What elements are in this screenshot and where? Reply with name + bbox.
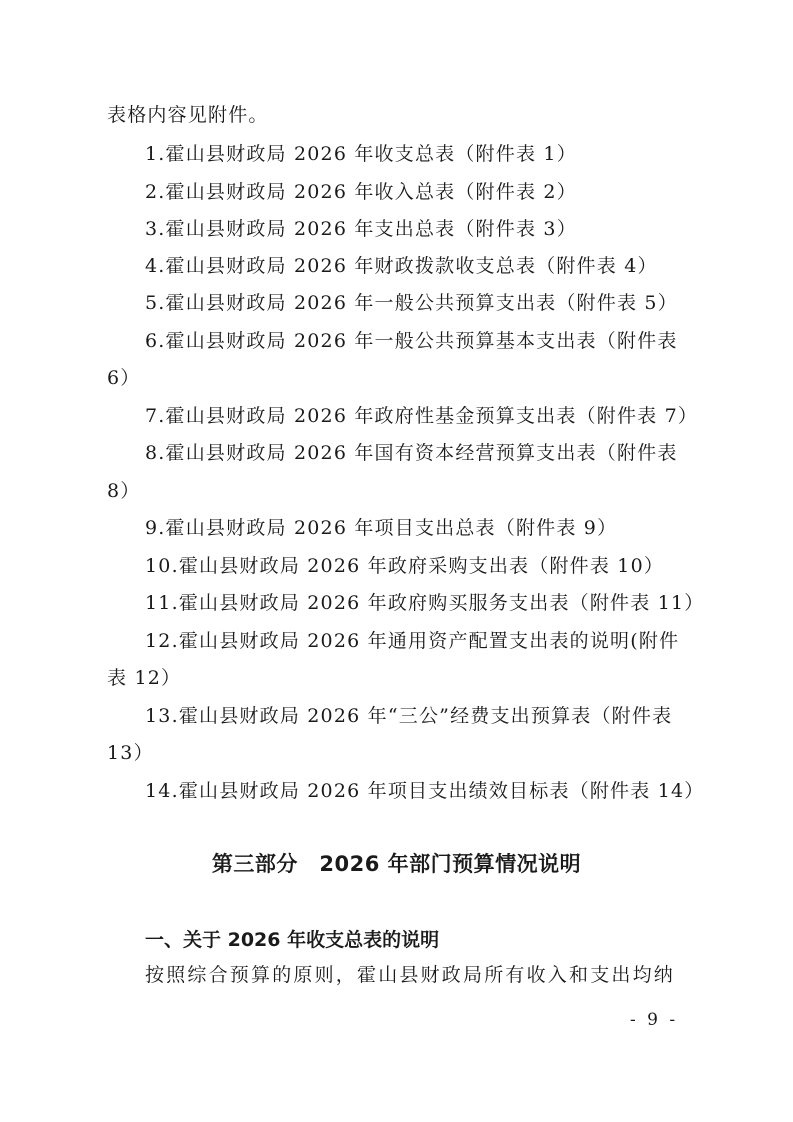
attachment-item-1: 1.霍山县财政局 2026 年收支总表（附件表 1） [145, 142, 577, 166]
document-page: 表格内容见附件。 1.霍山县财政局 2026 年收支总表（附件表 1） 2.霍山… [0, 0, 793, 1122]
section-title: 第三部分 2026 年部门预算情况说明 [0, 848, 793, 878]
attachment-item-5: 5.霍山县财政局 2026 年一般公共预算支出表（附件表 5） [145, 291, 678, 315]
attachment-item-11: 11.霍山县财政局 2026 年政府购买服务支出表（附件表 11） [145, 591, 704, 615]
attachment-item-13: 13.霍山县财政局 2026 年“三公”经费支出预算表（附件表 [145, 704, 672, 728]
attachment-item-14: 14.霍山县财政局 2026 年项目支出绩效目标表（附件表 14） [145, 779, 704, 803]
attachment-item-2: 2.霍山县财政局 2026 年收入总表（附件表 2） [145, 180, 577, 204]
attachment-item-6-continuation: 6） [107, 366, 141, 390]
attachment-item-6: 6.霍山县财政局 2026 年一般公共预算基本支出表（附件表 [145, 329, 678, 353]
intro-line: 表格内容见附件。 [107, 103, 269, 127]
attachment-item-3: 3.霍山县财政局 2026 年支出总表（附件表 3） [145, 217, 577, 241]
subheading: 一、关于 2026 年收支总表的说明 [145, 925, 439, 952]
attachment-item-12-continuation: 表 12） [107, 666, 181, 690]
attachment-item-12: 12.霍山县财政局 2026 年通用资产配置支出表的说明(附件 [145, 629, 679, 653]
body-paragraph: 按照综合预算的原则，霍山县财政局所有收入和支出均纳 [145, 960, 675, 987]
attachment-item-4: 4.霍山县财政局 2026 年财政拨款收支总表（附件表 4） [145, 254, 658, 278]
attachment-item-8: 8.霍山县财政局 2026 年国有资本经营预算支出表（附件表 [145, 441, 678, 465]
attachment-item-8-continuation: 8） [107, 479, 141, 503]
attachment-item-9: 9.霍山县财政局 2026 年项目支出总表（附件表 9） [145, 516, 617, 540]
attachment-item-7: 7.霍山县财政局 2026 年政府性基金预算支出表（附件表 7） [145, 404, 698, 428]
page-number: - 9 - [630, 1010, 678, 1030]
attachment-item-10: 10.霍山县财政局 2026 年政府采购支出表（附件表 10） [145, 554, 664, 578]
attachment-item-13-continuation: 13） [107, 741, 154, 765]
